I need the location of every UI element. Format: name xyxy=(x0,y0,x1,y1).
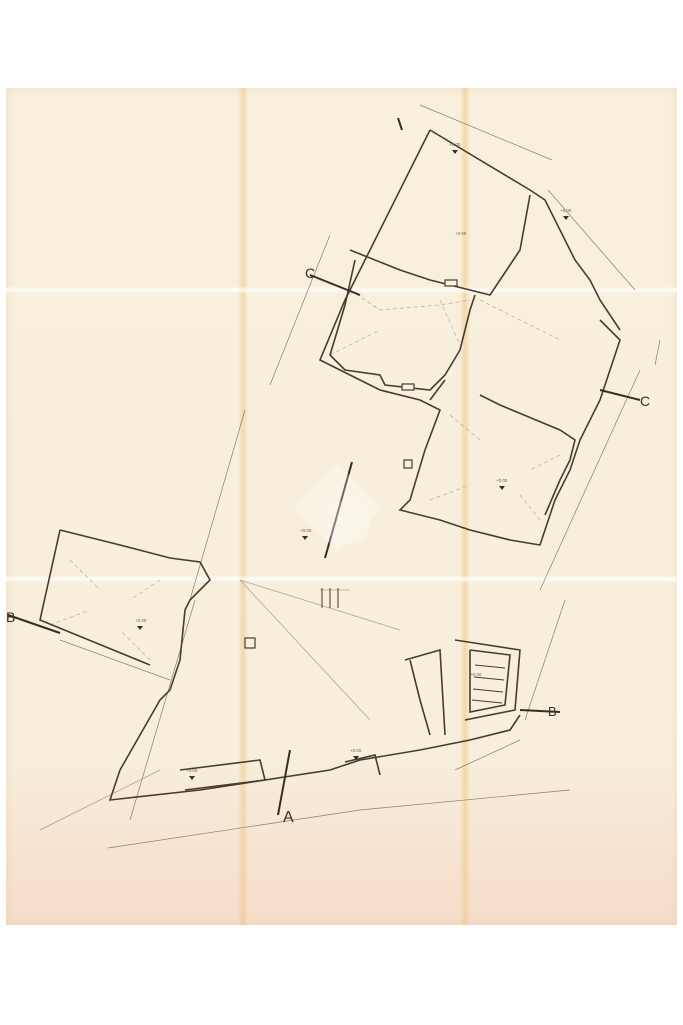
chimney-icon xyxy=(404,460,412,468)
elevation-tag: +0.00 xyxy=(135,618,147,623)
brand-logo-icon xyxy=(292,462,384,554)
elevation-tag: +0.00 xyxy=(560,208,572,213)
elevation-tag: +0.00 xyxy=(496,478,508,483)
stair-treads xyxy=(322,588,505,703)
elevation-tag: +0.00 xyxy=(449,142,461,147)
elevation-tag: +0.00 xyxy=(350,748,362,753)
diagonal-guide-lines xyxy=(40,580,400,830)
chimney-icon xyxy=(402,384,414,390)
section-marker-b-left: B xyxy=(6,609,15,625)
elevation-tag: +0.00 xyxy=(470,672,482,677)
section-marker-a: A xyxy=(283,809,294,826)
section-marker-b-right: B xyxy=(548,704,557,719)
elevation-tags: +0.00 +0.00 +0.00 +0.00 +0.00 +0.00 +0.0… xyxy=(135,142,572,773)
elevation-tag: +0.00 xyxy=(455,231,467,236)
chimney-icon xyxy=(445,280,457,286)
elevation-tag: +0.00 xyxy=(186,768,198,773)
section-marker-c-left: C xyxy=(305,265,315,281)
section-marker-c-right: C xyxy=(640,393,650,409)
chimney-icon xyxy=(245,638,255,648)
